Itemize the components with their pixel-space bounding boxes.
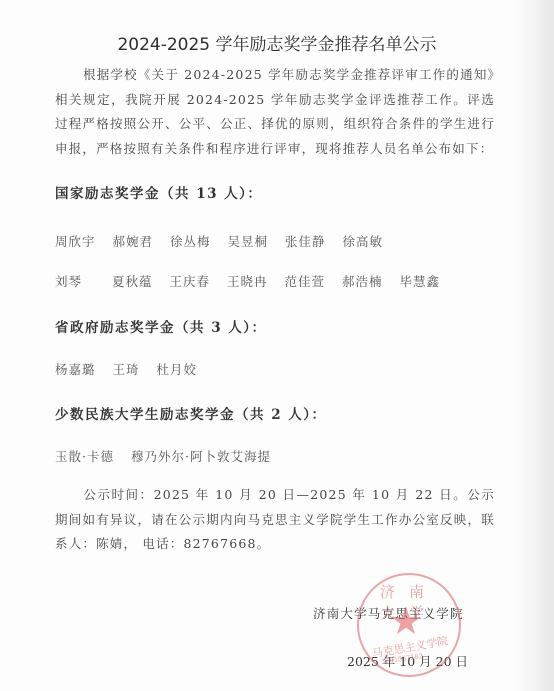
student-name: 范佳萱 (284, 272, 325, 290)
name-row: 玉散·卡德 穆乃外尔·阿卜敦艾海提 (55, 447, 284, 465)
student-name: 王晓冉 (227, 272, 268, 290)
section-heading-minority: 少数民族大学生励志奖学金（共 2 人）： (55, 403, 327, 423)
student-name: 毕慧鑫 (399, 272, 440, 290)
document-title: 2024-2025 学年励志奖学金推荐名单公示 (0, 30, 554, 55)
student-name: 王琦 (113, 360, 140, 378)
name-row: 杨嘉璐 王琦 杜月姣 (55, 360, 210, 378)
signature-date: 2025 年 10 月 20 日 (347, 652, 468, 670)
notice-text: 公示时间：2025 年 10 月 20 日—2025 年 10 月 22 日。公… (55, 487, 495, 551)
student-name: 徐高敏 (343, 232, 384, 250)
name-row: 周欣宇 郝婉君 徐丛梅 吴昱桐 张佳静 徐高敏 (55, 232, 396, 250)
section-heading-provincial: 省政府励志奖学金（共 3 人）： (55, 316, 267, 336)
student-name: 杜月姣 (157, 360, 198, 378)
student-name: 刘琴 (55, 272, 95, 290)
signature-organization: 济南大学马克思主义学院 (313, 604, 464, 622)
student-name: 玉散·卡德 (55, 447, 114, 465)
student-name: 夏秋蕴 (112, 272, 153, 290)
student-name: 周欣宇 (55, 232, 96, 250)
student-name: 王庆春 (169, 272, 210, 290)
student-name: 张佳静 (285, 232, 326, 250)
student-name: 吴昱桐 (228, 232, 269, 250)
intro-paragraph: 根据学校《关于 2024-2025 学年励志奖学金推荐评审工作的通知》相关规定，… (55, 63, 495, 161)
student-name: 徐丛梅 (170, 232, 211, 250)
notice-paragraph: 公示时间：2025 年 10 月 20 日—2025 年 10 月 22 日。公… (55, 483, 495, 557)
student-name: 郝浩楠 (342, 272, 383, 290)
student-name: 杨嘉璐 (55, 360, 96, 378)
student-name: 郝婉君 (113, 232, 154, 250)
section-heading-national: 国家励志奖学金（共 13 人）： (55, 182, 262, 202)
name-row: 刘琴 夏秋蕴 王庆春 王晓冉 范佳萱 郝浩楠 毕慧鑫 (55, 272, 453, 290)
student-name: 穆乃外尔·阿卜敦艾海提 (131, 447, 271, 465)
scan-edge-shadow (514, 0, 554, 691)
intro-text: 根据学校《关于 2024-2025 学年励志奖学金推荐评审工作的通知》相关规定，… (55, 67, 495, 156)
